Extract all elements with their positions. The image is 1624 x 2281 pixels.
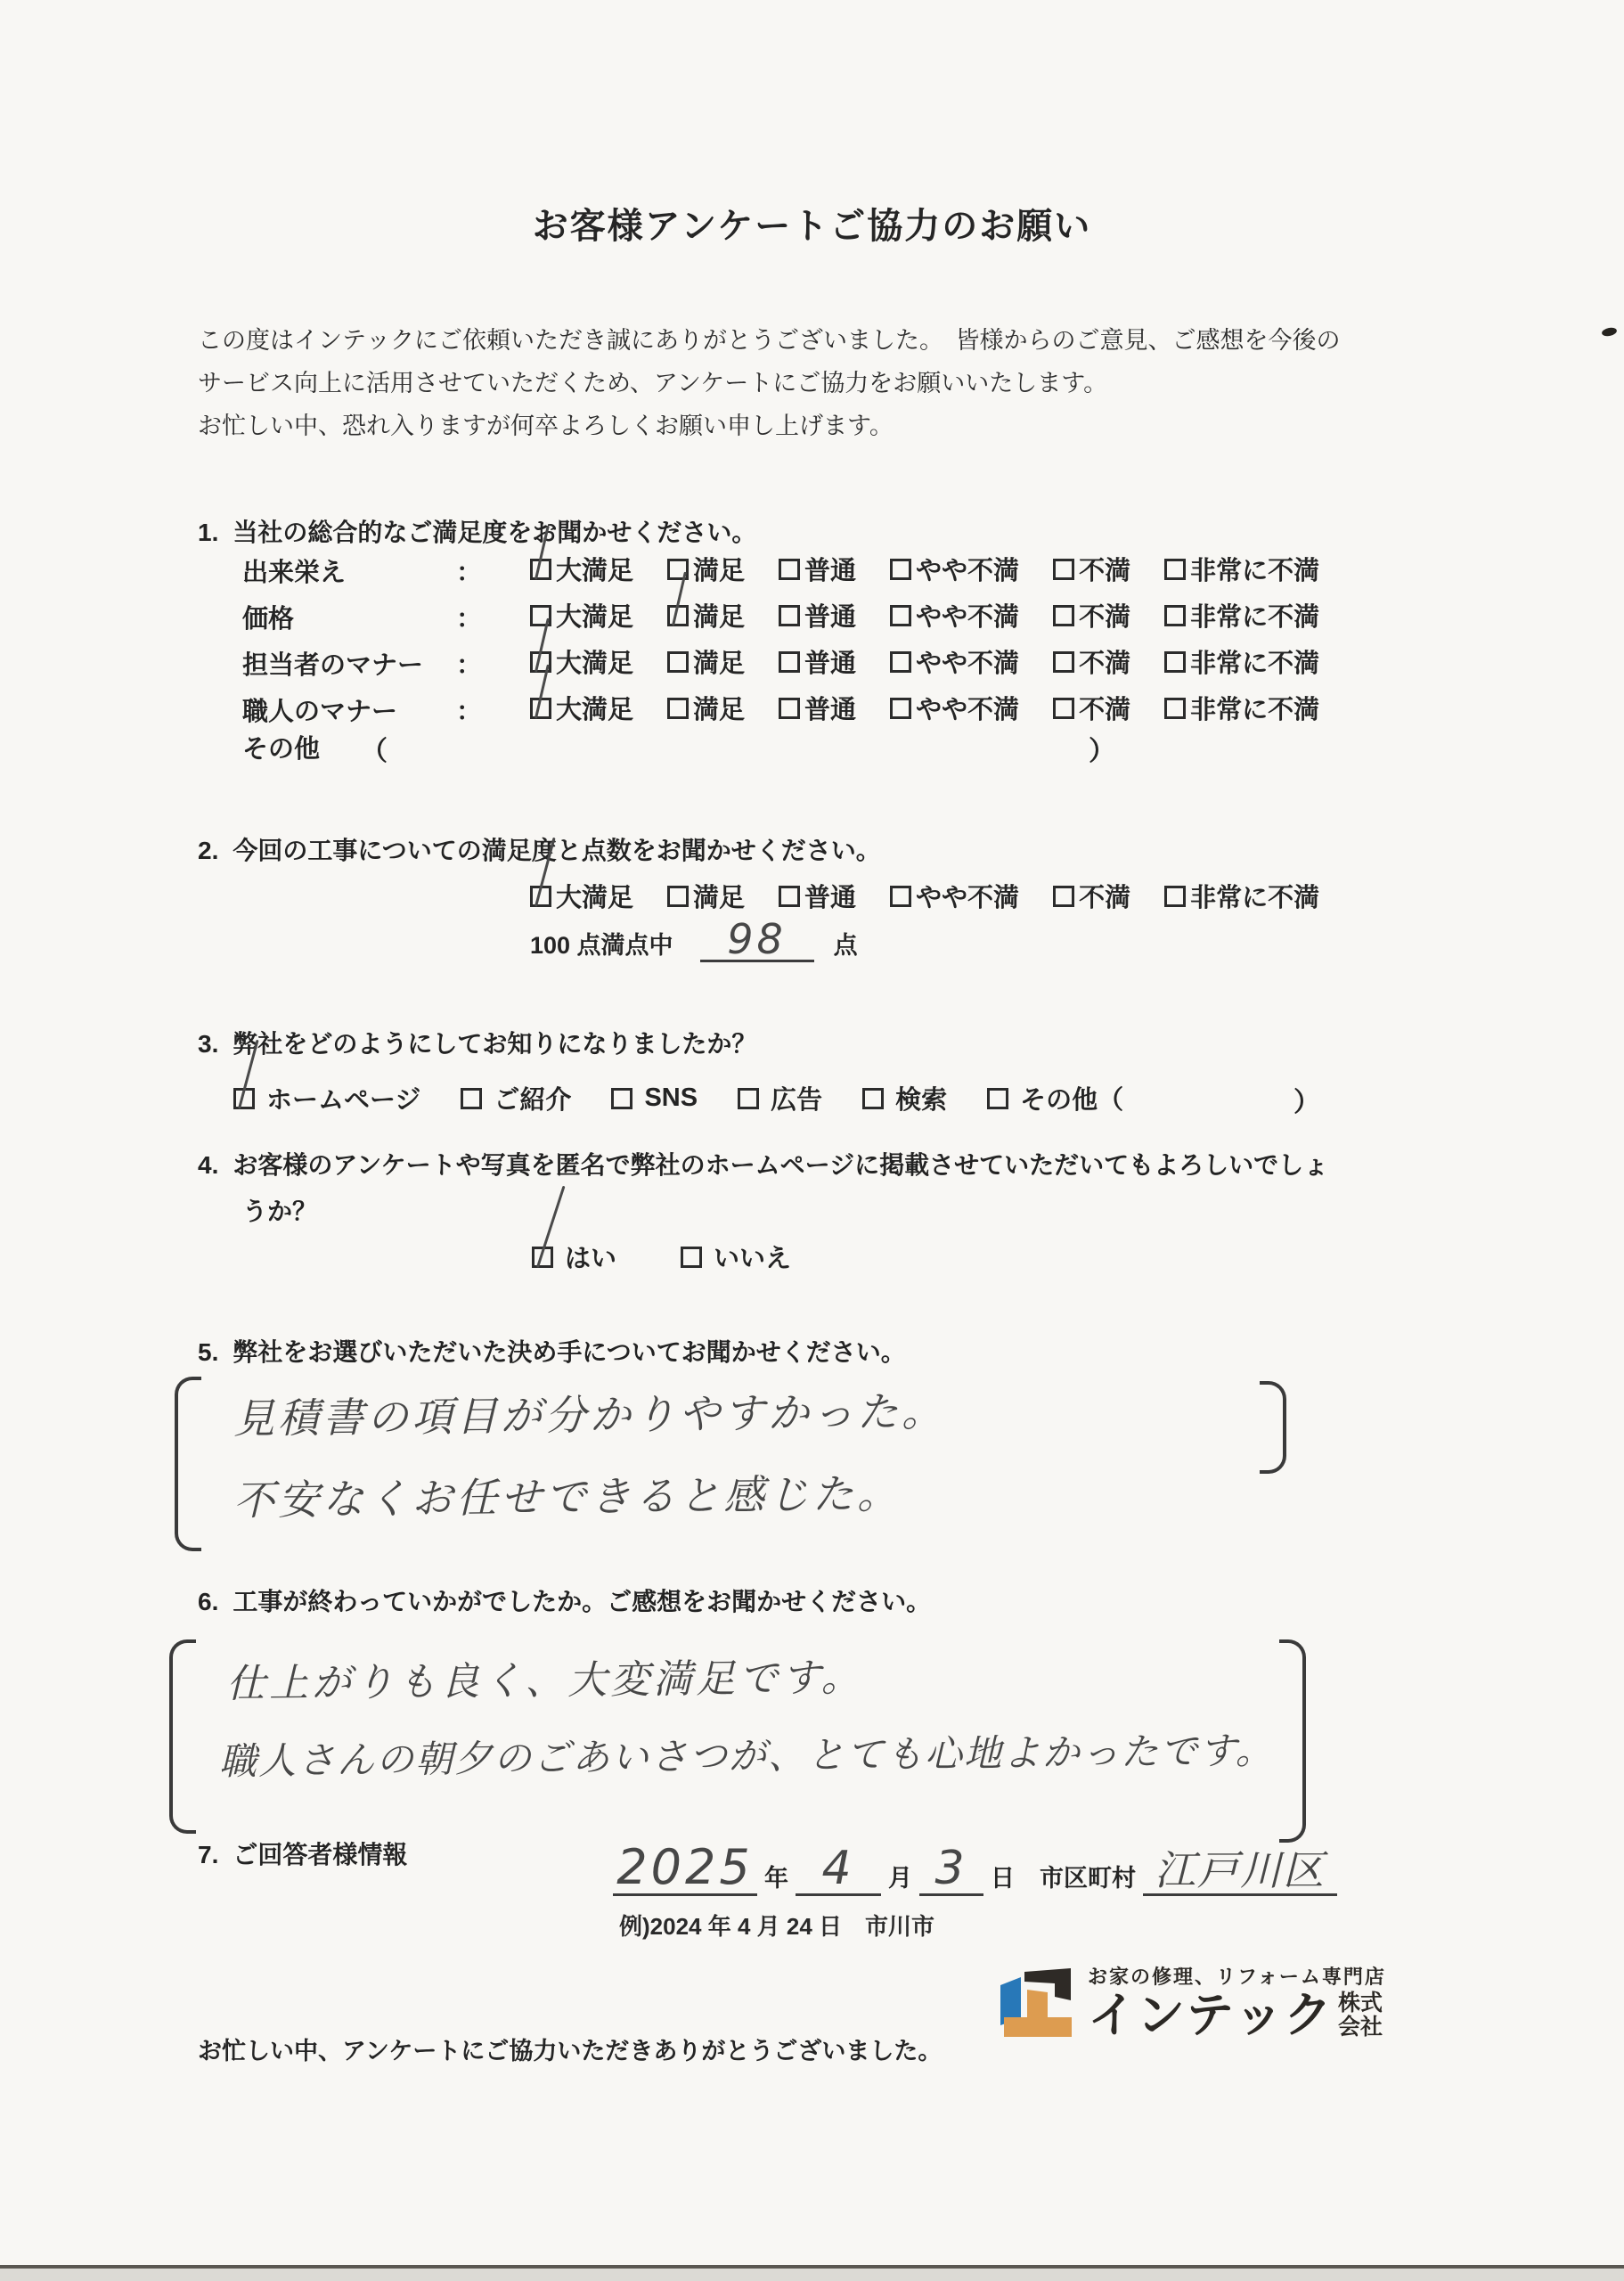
checkbox-非常に不満[interactable] (1164, 698, 1186, 719)
checkbox-不満[interactable] (1053, 605, 1074, 626)
option-label: 不満 (1079, 643, 1130, 680)
intro-line-1: この度はインテックにご依頼いただき誠にありがとうございました。 皆様からのご意見… (198, 319, 1341, 362)
q1-row-options: 大満足満足普通やや不満不満非常に不満 (530, 551, 1319, 587)
date-month-handwritten: 4 (821, 1844, 854, 1893)
option-item-4: やや不満 (890, 878, 1019, 914)
q5-answer-line-2: 不安なくお任せできると感じた。 (233, 1461, 902, 1527)
city-field[interactable]: 江戸川区 (1143, 1823, 1337, 1896)
handwritten-check-stroke (536, 1185, 566, 1267)
option-label: 満足 (693, 690, 745, 726)
checkbox-不満[interactable] (1053, 698, 1074, 719)
option-label: いいえ (714, 1239, 791, 1275)
q1-row-options: 大満足満足普通やや不満不満非常に不満 (530, 597, 1319, 634)
company-logo-mark-icon (1000, 1962, 1075, 2040)
q3-close-paren: ） (1293, 1080, 1320, 1119)
q1-other-open-paren: （ (361, 729, 388, 768)
q1-row-label: 職人のマナー (242, 691, 397, 728)
checkbox-大満足[interactable] (530, 559, 551, 580)
option-item-5: 不満 (1053, 690, 1130, 726)
option-item-1: はい (532, 1239, 616, 1275)
respondent-date-row: 2025 年 4 月 3 日 市区町村 江戸川区 (613, 1823, 1337, 1896)
option-label: 不満 (1079, 597, 1130, 634)
option-item-6: 非常に不満 (1164, 643, 1319, 680)
checkbox-非常に不満[interactable] (1164, 651, 1186, 673)
score-prefix: 100 点満点中 (530, 926, 673, 962)
page-title: お客様アンケートご協力のお願い (0, 198, 1624, 249)
score-blank-field[interactable]: 98 (700, 907, 814, 962)
option-label: やや不満 (916, 597, 1019, 634)
question-7-number: 7. (198, 1841, 218, 1869)
checkbox-普通[interactable] (779, 698, 800, 719)
q6-answer-line-2: 職人さんの朝夕のごあいさつが、とても心地よかったです。 (219, 1721, 1275, 1786)
option-label: ご紹介 (494, 1080, 571, 1116)
scanned-survey-page: { "page": { "title": "お客様アンケートご協力のお願い", … (0, 0, 1624, 2281)
date-day-label: 日 (991, 1859, 1015, 1896)
checkbox-SNS[interactable] (611, 1088, 632, 1109)
option-label: 大満足 (556, 597, 633, 634)
checkbox-普通[interactable] (779, 886, 800, 907)
option-label: SNS (644, 1083, 698, 1113)
question-2-heading: 2.今回の工事についての満足度と点数をお聞かせください。 (198, 831, 881, 867)
score-value-handwritten: 98 (727, 920, 787, 960)
checkbox-いいえ[interactable] (681, 1247, 702, 1268)
checkbox-満足[interactable] (667, 698, 689, 719)
q1-row-label: 担当者のマナー (242, 645, 423, 682)
checkbox-広告[interactable] (738, 1088, 759, 1109)
question-4-options: はいいいえ (532, 1239, 791, 1275)
date-year-handwritten: 2025 (616, 1843, 753, 1893)
option-label: 満足 (693, 597, 745, 634)
q1-row-label: 価格 (242, 599, 294, 635)
option-item-3: 普通 (779, 643, 856, 680)
question-3-options: ホームページご紹介SNS広告検索その他（ (233, 1080, 1123, 1116)
city-label: 市区町村 (1040, 1859, 1136, 1896)
q1-row-label: 出来栄え (242, 552, 346, 589)
option-label: 不満 (1079, 878, 1130, 914)
option-item-6: 非常に不満 (1164, 597, 1319, 634)
logo-suffix-bottom: 会社 (1338, 2015, 1383, 2040)
q5-answer-bracket-left (175, 1377, 201, 1551)
q1-row-colon: ： (456, 599, 482, 635)
question-1-heading: 1.当社の総合的なご満足度をお聞かせください。 (198, 513, 756, 549)
option-item-3: 普通 (779, 597, 856, 634)
intro-line-2: サービス向上に活用させていただくため、アンケートにご協力をお願いいたします。 (198, 362, 1341, 405)
date-month-field[interactable]: 4 (796, 1823, 881, 1896)
option-label: 不満 (1079, 551, 1130, 587)
option-item-4: やや不満 (890, 597, 1019, 634)
option-item-4: やや不満 (890, 690, 1019, 726)
option-item-5: 検索 (862, 1080, 947, 1116)
date-example: 例)2024 年 4 月 24 日 市川市 (619, 1909, 934, 1942)
option-label: 普通 (804, 643, 856, 680)
question-4-heading-line1: 4.お客様のアンケートや写真を匿名で弊社のホームページに掲載させていただいてもよ… (198, 1146, 1328, 1181)
option-item-5: 不満 (1053, 551, 1130, 587)
q1-row-colon: ： (456, 645, 482, 682)
logo-suffix-top: 株式 (1338, 1991, 1383, 2015)
option-label: 非常に不満 (1190, 643, 1319, 680)
question-3-number: 3. (198, 1030, 218, 1059)
score-line: 100 点満点中 98 点 (530, 907, 858, 962)
q6-answer-bracket-right (1279, 1639, 1306, 1843)
q5-answer-line-1: 見積書の項目が分かりやすかった。 (233, 1379, 947, 1445)
date-day-handwritten: 3 (934, 1844, 967, 1893)
logo-company-name: インテック (1088, 1991, 1333, 2040)
intro-paragraph: この度はインテックにご依頼いただき誠にありがとうございました。 皆様からのご意見… (198, 319, 1341, 447)
q1-row-options: 大満足満足普通やや不満不満非常に不満 (530, 690, 1319, 726)
option-label: やや不満 (916, 551, 1019, 587)
checkbox-ホームページ[interactable] (233, 1088, 255, 1109)
option-item-5: 不満 (1053, 643, 1130, 680)
q1-row-options: 大満足満足普通やや不満不満非常に不満 (530, 643, 1319, 680)
option-label: ホームページ (266, 1080, 420, 1116)
footer-thanks: お忙しい中、アンケートにご協力いただきありがとうございました。 (198, 2032, 942, 2066)
scan-ink-artifact (1601, 326, 1617, 337)
checkbox-やや不満[interactable] (890, 605, 911, 626)
option-item-1: 大満足 (530, 690, 633, 726)
option-item-6: 非常に不満 (1164, 878, 1319, 914)
checkbox-はい[interactable] (532, 1247, 553, 1268)
option-label: やや不満 (916, 690, 1019, 726)
option-item-2: 満足 (667, 551, 745, 587)
checkbox-ご紹介[interactable] (461, 1088, 482, 1109)
question-4-heading-line2: うか？ (242, 1192, 317, 1228)
scan-background-strip (0, 2269, 1624, 2281)
q6-answer-line-1: 仕上がりも良く、大変満足です。 (226, 1645, 864, 1708)
option-label: やや不満 (916, 878, 1019, 914)
question-5-title: 弊社をお選びいただいた決め手についてお聞かせください。 (233, 1338, 905, 1366)
option-item-2: ご紹介 (461, 1080, 571, 1116)
question-6-title: 工事が終わっていかがでしたか。ご感想をお聞かせください。 (233, 1588, 931, 1615)
checkbox-不満[interactable] (1053, 559, 1074, 580)
checkbox-その他（[interactable] (987, 1088, 1008, 1109)
option-label: はい (565, 1239, 616, 1275)
question-1-title: 当社の総合的なご満足度をお聞かせください。 (233, 519, 756, 546)
checkbox-満足[interactable] (667, 651, 689, 673)
intro-line-3: お忙しい中、恐れ入りますが何卒よろしくお願い申し上げます。 (198, 405, 1341, 447)
checkbox-普通[interactable] (779, 651, 800, 673)
option-label: 非常に不満 (1190, 878, 1319, 914)
option-item-4: やや不満 (890, 643, 1019, 680)
option-item-6: 非常に不満 (1164, 690, 1319, 726)
option-label: 普通 (804, 597, 856, 634)
question-4-number: 4. (198, 1151, 218, 1180)
checkbox-大満足[interactable] (530, 698, 551, 719)
checkbox-やや不満[interactable] (890, 886, 911, 907)
checkbox-やや不満[interactable] (890, 651, 911, 673)
option-item-5: 不満 (1053, 597, 1130, 634)
checkbox-非常に不満[interactable] (1164, 559, 1186, 580)
date-month-label: 月 (888, 1859, 912, 1896)
option-label: 普通 (804, 690, 856, 726)
checkbox-満足[interactable] (667, 605, 689, 626)
q5-answer-bracket-right (1260, 1381, 1286, 1474)
date-year-label: 年 (764, 1859, 788, 1896)
option-item-3: SNS (611, 1083, 698, 1113)
company-logo-text: お家の修理、リフォーム専門店 インテック 株式 会社 (1088, 1962, 1386, 2040)
checkbox-検索[interactable] (862, 1088, 884, 1109)
q1-other-label: その他 (242, 729, 320, 765)
question-5-heading: 5.弊社をお選びいただいた決め手についてお聞かせください。 (198, 1333, 906, 1369)
option-label: 非常に不満 (1190, 690, 1319, 726)
option-label: 大満足 (556, 690, 633, 726)
question-6-number: 6. (198, 1588, 218, 1616)
option-label: 広告 (771, 1080, 822, 1116)
option-item-5: 不満 (1053, 878, 1130, 914)
option-item-4: やや不満 (890, 551, 1019, 587)
option-item-6: その他（ (987, 1080, 1123, 1116)
option-item-1: ホームページ (233, 1080, 420, 1116)
option-label: 普通 (804, 551, 856, 587)
option-label: 大満足 (556, 551, 633, 587)
checkbox-普通[interactable] (779, 605, 800, 626)
checkbox-大満足[interactable] (530, 886, 551, 907)
checkbox-非常に不満[interactable] (1164, 605, 1186, 626)
q1-row-colon: ： (456, 552, 482, 589)
option-label: 大満足 (556, 643, 633, 680)
checkbox-やや不満[interactable] (890, 698, 911, 719)
option-label: 満足 (693, 643, 745, 680)
company-logo: お家の修理、リフォーム専門店 インテック 株式 会社 (1000, 1962, 1386, 2040)
question-7-heading: 7.ご回答者様情報 (198, 1835, 407, 1871)
option-item-6: 非常に不満 (1164, 551, 1319, 587)
option-item-3: 普通 (779, 551, 856, 587)
date-day-field[interactable]: 3 (919, 1823, 983, 1896)
option-item-2: いいえ (681, 1239, 791, 1275)
q1-other-close-paren: ） (1089, 729, 1115, 768)
option-label: 満足 (693, 551, 745, 587)
q1-row-colon: ： (456, 691, 482, 728)
option-item-1: 大満足 (530, 551, 633, 587)
option-item-2: 満足 (667, 597, 745, 634)
date-year-field[interactable]: 2025 (613, 1823, 757, 1896)
question-2-number: 2. (198, 837, 218, 865)
question-6-heading: 6.工事が終わっていかがでしたか。ご感想をお聞かせください。 (198, 1582, 931, 1618)
option-label: 非常に不満 (1190, 597, 1319, 634)
option-item-4: 広告 (738, 1080, 822, 1116)
checkbox-非常に不満[interactable] (1164, 886, 1186, 907)
option-label: その他（ (1020, 1080, 1123, 1116)
question-5-number: 5. (198, 1338, 218, 1367)
question-2-title: 今回の工事についての満足度と点数をお聞かせください。 (233, 837, 880, 864)
question-3-heading: 3.弊社をどのようにしてお知りになりましたか？ (198, 1025, 756, 1060)
option-item-3: 普通 (779, 690, 856, 726)
checkbox-普通[interactable] (779, 559, 800, 580)
option-label: やや不満 (916, 643, 1019, 680)
checkbox-やや不満[interactable] (890, 559, 911, 580)
option-label: 非常に不満 (1190, 551, 1319, 587)
checkbox-不満[interactable] (1053, 651, 1074, 673)
option-label: 不満 (1079, 690, 1130, 726)
question-4-title-line1: お客様のアンケートや写真を匿名で弊社のホームページに掲載させていただいてもよろし… (233, 1151, 1328, 1179)
checkbox-満足[interactable] (667, 886, 689, 907)
question-3-title: 弊社をどのようにしてお知りになりましたか？ (233, 1030, 756, 1058)
city-handwritten: 江戸川区 (1155, 1848, 1326, 1893)
option-label: 検索 (895, 1080, 947, 1116)
logo-tagline: お家の修理、リフォーム専門店 (1088, 1962, 1386, 1990)
option-item-2: 満足 (667, 643, 745, 680)
option-item-2: 満足 (667, 690, 745, 726)
checkbox-不満[interactable] (1053, 886, 1074, 907)
q6-answer-bracket-left (169, 1639, 196, 1834)
score-suffix: 点 (834, 926, 858, 962)
question-7-title: ご回答者様情報 (233, 1841, 407, 1868)
question-1-number: 1. (198, 519, 218, 547)
